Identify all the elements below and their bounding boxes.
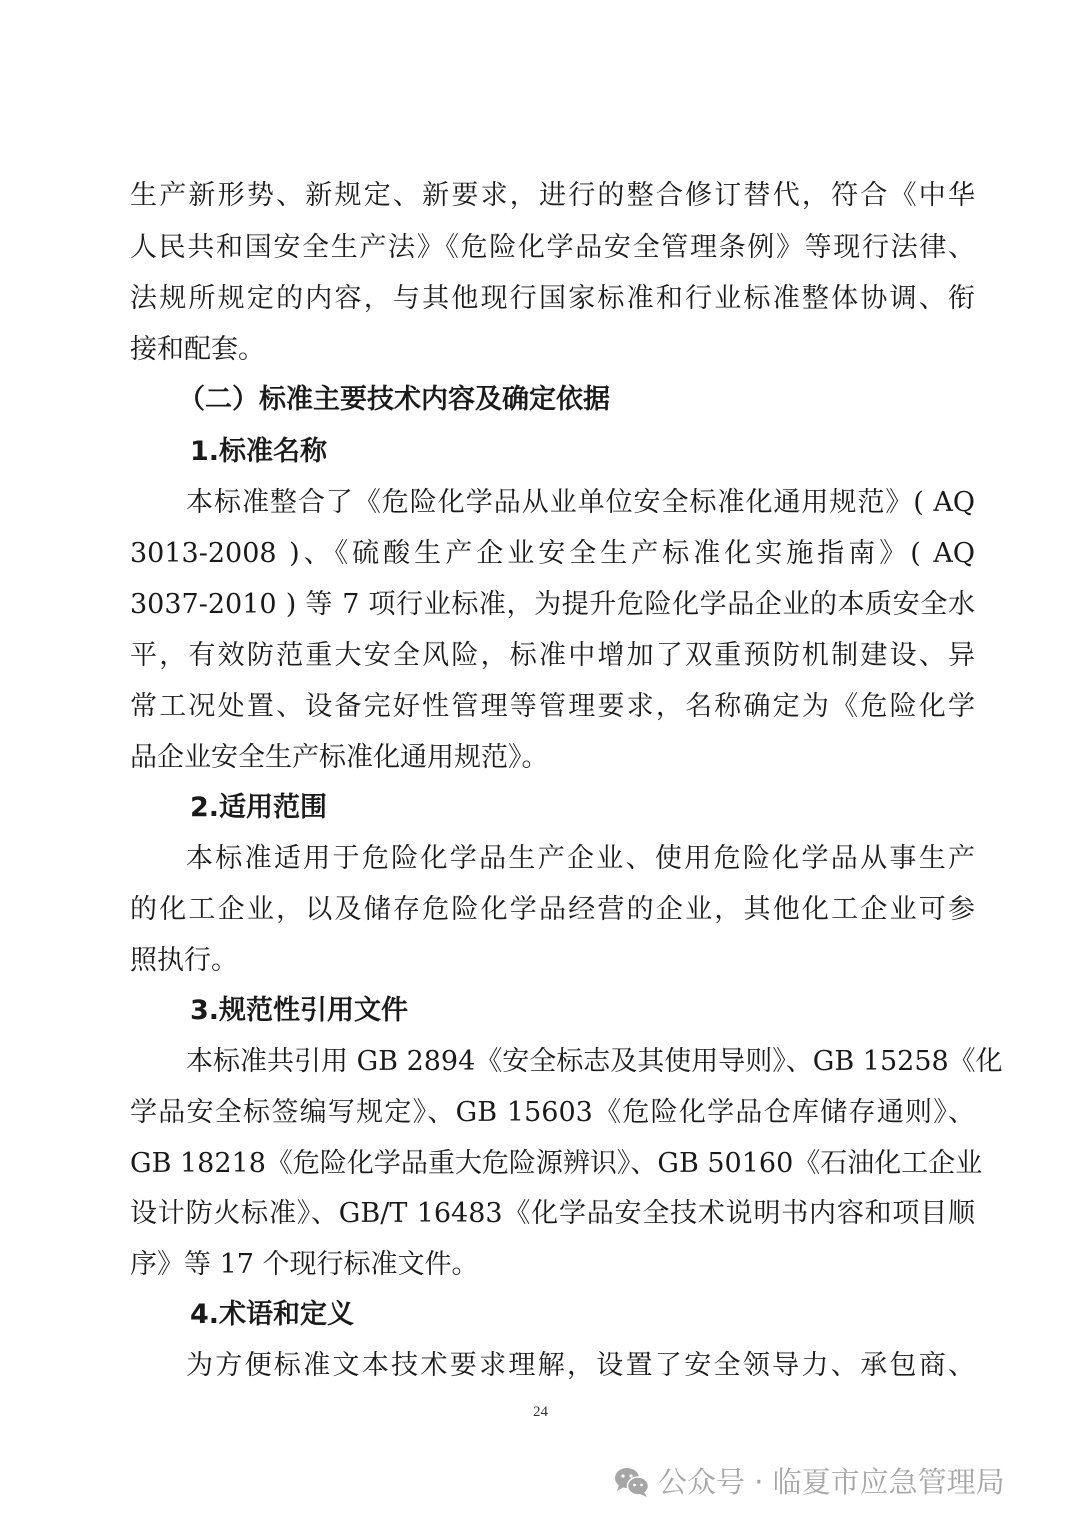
- paragraph-line: 生产新形势、新规定、新要求，进行的整合修订替代，符合《中华: [130, 178, 975, 214]
- wechat-icon: [614, 1466, 650, 1498]
- paragraph-line: 品企业安全生产标准化通用规范》。: [130, 740, 975, 776]
- paragraph-line: 平，有效防范重大安全风险，标准中增加了双重预防机制建设、异: [130, 638, 975, 674]
- paragraph-line: 设计防火标准》、GB/T 16483《化学品安全技术说明书内容和项目顺: [130, 1196, 975, 1232]
- paragraph-line: 序》等 17 个现行标准文件。: [130, 1247, 975, 1283]
- section-heading: （二）标准主要技术内容及确定依据: [178, 382, 610, 418]
- paragraph-line: 为方便标准文本技术要求理解，设置了安全领导力、承包商、: [186, 1348, 975, 1384]
- document-page: 生产新形势、新规定、新要求，进行的整合修订替代，符合《中华 人民共和国安全生产法…: [0, 0, 1080, 1527]
- paragraph-line: GB 18218《危险化学品重大危险源辨识》、GB 50160《石油化工企业: [130, 1146, 975, 1182]
- wechat-watermark: 公众号 · 临夏市应急管理局: [614, 1464, 1005, 1500]
- paragraph-line: 照执行。: [130, 943, 975, 979]
- paragraph-line: 接和配套。: [130, 332, 975, 368]
- paragraph-line: 人民共和国安全生产法》《危险化学品安全管理条例》等现行法律、: [130, 230, 975, 266]
- page-number: 24: [533, 1404, 548, 1421]
- paragraph-line: 本标准共引用 GB 2894《安全标志及其使用导则》、GB 15258《化: [186, 1044, 975, 1080]
- paragraph-line: 本标准适用于危险化学品生产企业、使用危险化学品从事生产: [186, 841, 975, 877]
- subsection-heading-terms-definitions: 4.术语和定义: [190, 1297, 354, 1333]
- subsection-heading-normative-references: 3.规范性引用文件: [190, 993, 408, 1029]
- watermark-text: 公众号 · 临夏市应急管理局: [658, 1464, 1005, 1500]
- paragraph-line: 3037-2010 ) 等 7 项行业标准，为提升危险化学品企业的本质安全水: [130, 587, 975, 623]
- subsection-heading-standard-name: 1.标准名称: [190, 434, 327, 470]
- paragraph-line: 法规所规定的内容，与其他现行国家标准和行业标准整体协调、衔: [130, 281, 975, 317]
- paragraph-line: 常工况处置、设备完好性管理等管理要求，名称确定为《危险化学: [130, 689, 975, 725]
- paragraph-line: 3013-2008 )、《硫酸生产企业安全生产标准化实施指南》( AQ: [130, 536, 975, 572]
- paragraph-line: 本标准整合了《危险化学品从业单位安全标准化通用规范》( AQ: [186, 485, 975, 521]
- paragraph-line: 的化工企业，以及储存危险化学品经营的企业，其他化工企业可参: [130, 892, 975, 928]
- paragraph-line: 学品安全标签编写规定》、GB 15603《危险化学品仓库储存通则》、: [130, 1095, 975, 1131]
- subsection-heading-scope: 2.适用范围: [190, 790, 327, 826]
